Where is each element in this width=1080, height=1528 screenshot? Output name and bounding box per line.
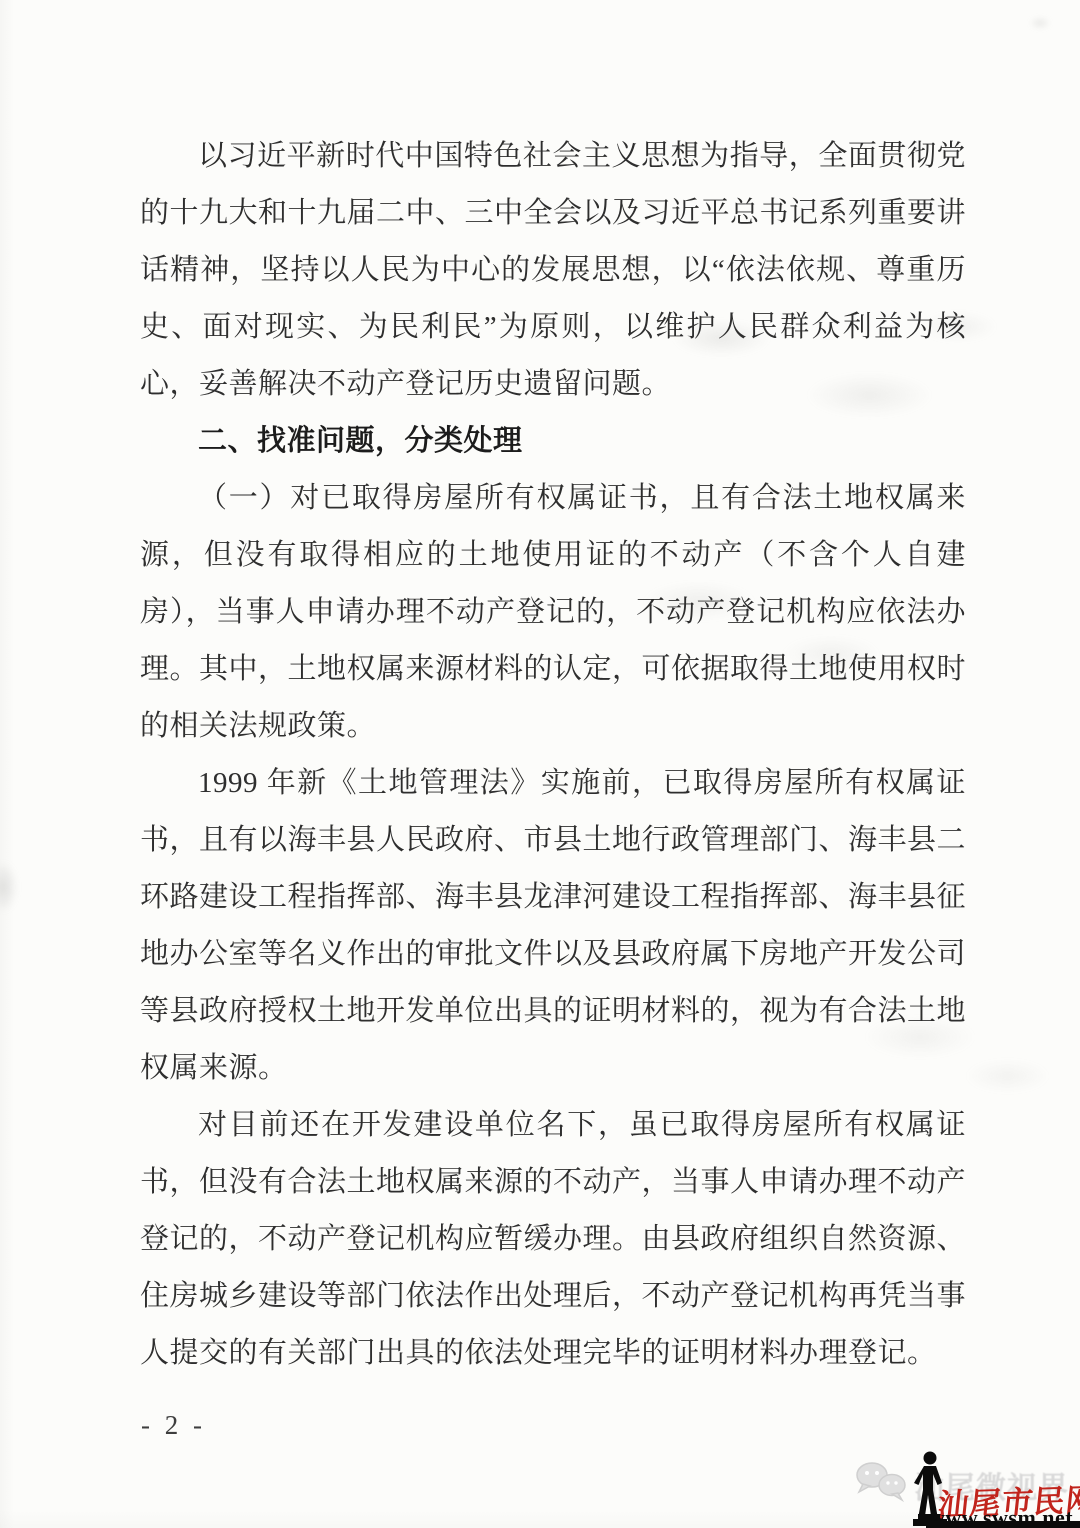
paragraph-guiding-principles: 以习近平新时代中国特色社会主义思想为指导，全面贯彻党的十九大和十九届二中、三中全… [140,128,966,413]
paragraph-pre-1999-land-law: 1999 年新《土地管理法》实施前，已取得房屋所有权属证书，且有以海丰县人民政府… [140,755,966,1097]
page-number: - 2 - [141,1410,206,1441]
wechat-bubbles-icon [854,1460,910,1504]
paragraph-developer-held-property: 对目前还在开发建设单位名下，虽已取得房屋所有权属证书，但没有合法土地权属来源的不… [140,1097,966,1382]
section-heading-two: 二、找准问题，分类处理 [140,413,966,470]
watermark-underline-bar [926,1521,1080,1528]
scanned-page: 以习近平新时代中国特色社会主义思想为指导，全面贯彻党的十九大和十九届二中、三中全… [0,0,1080,1528]
document-body: 以习近平新时代中国特色社会主义思想为指导，全面贯彻党的十九大和十九届二中、三中全… [140,128,966,1382]
paragraph-item-one: （一）对已取得房屋所有权属证书，且有合法土地权属来源，但没有取得相应的土地使用证… [140,470,966,755]
scan-artifact [1020,10,1060,36]
site-watermark: 汕尾微视界 汕尾市民网 www.sw [850,1430,1080,1528]
scan-artifact [0,848,24,926]
